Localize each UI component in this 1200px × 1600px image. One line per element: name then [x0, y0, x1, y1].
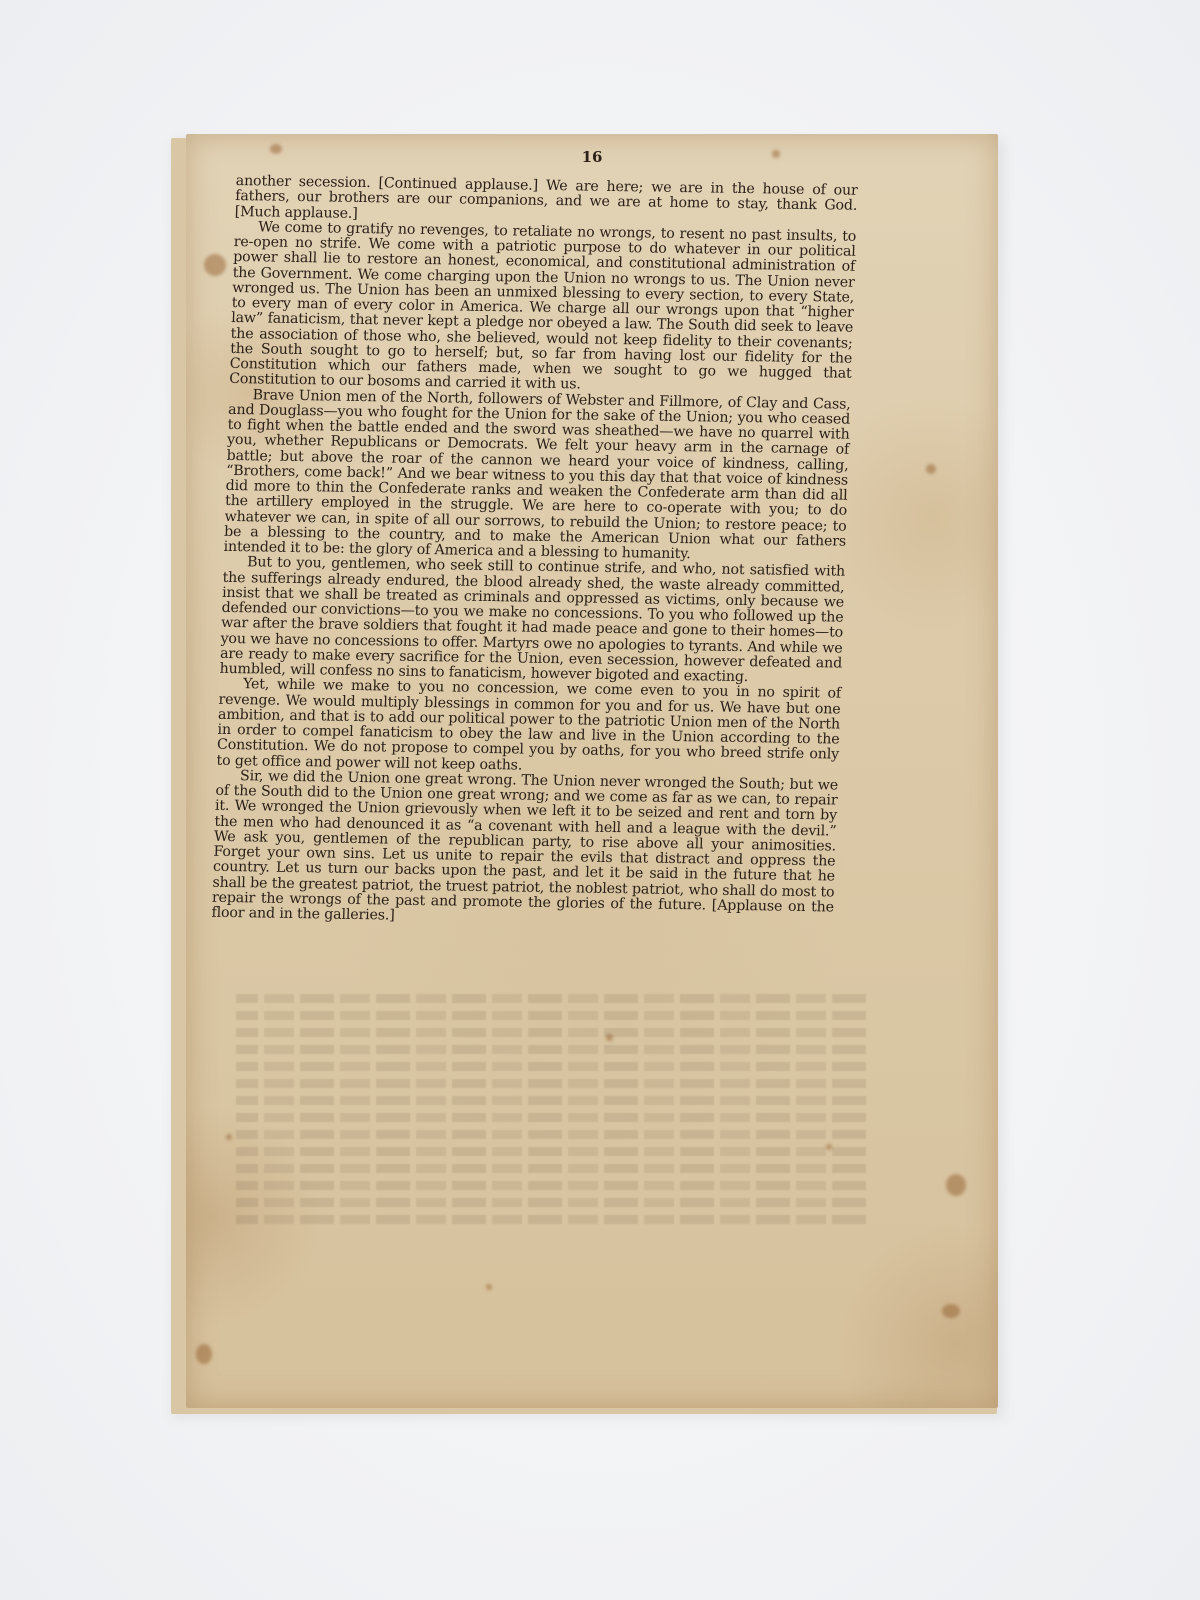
paragraph: Yet, while we make to you no concession,…: [216, 677, 841, 778]
paragraph: But to you, gentlemen, who seek still to…: [219, 555, 845, 687]
stain-spot: [204, 254, 226, 276]
stain-spot: [486, 1284, 492, 1290]
stain-spot: [226, 1134, 232, 1140]
paragraph: Brave Union men of the North, followers …: [223, 387, 850, 564]
page-number: 16: [186, 148, 998, 166]
bleed-through-text: [236, 994, 866, 1234]
body-text: another secession. [Continued applause.]…: [211, 174, 858, 931]
stain-spot: [926, 464, 936, 474]
stain-spot: [942, 1304, 960, 1318]
stain-spot: [196, 1344, 212, 1364]
paragraph: Sir, we did the Union one great wrong. T…: [211, 769, 838, 931]
paragraph: We come to gratify no revenges, to retal…: [229, 220, 856, 397]
stain-spot: [946, 1174, 966, 1196]
document-page: 16 another secession. [Continued applaus…: [186, 134, 998, 1408]
